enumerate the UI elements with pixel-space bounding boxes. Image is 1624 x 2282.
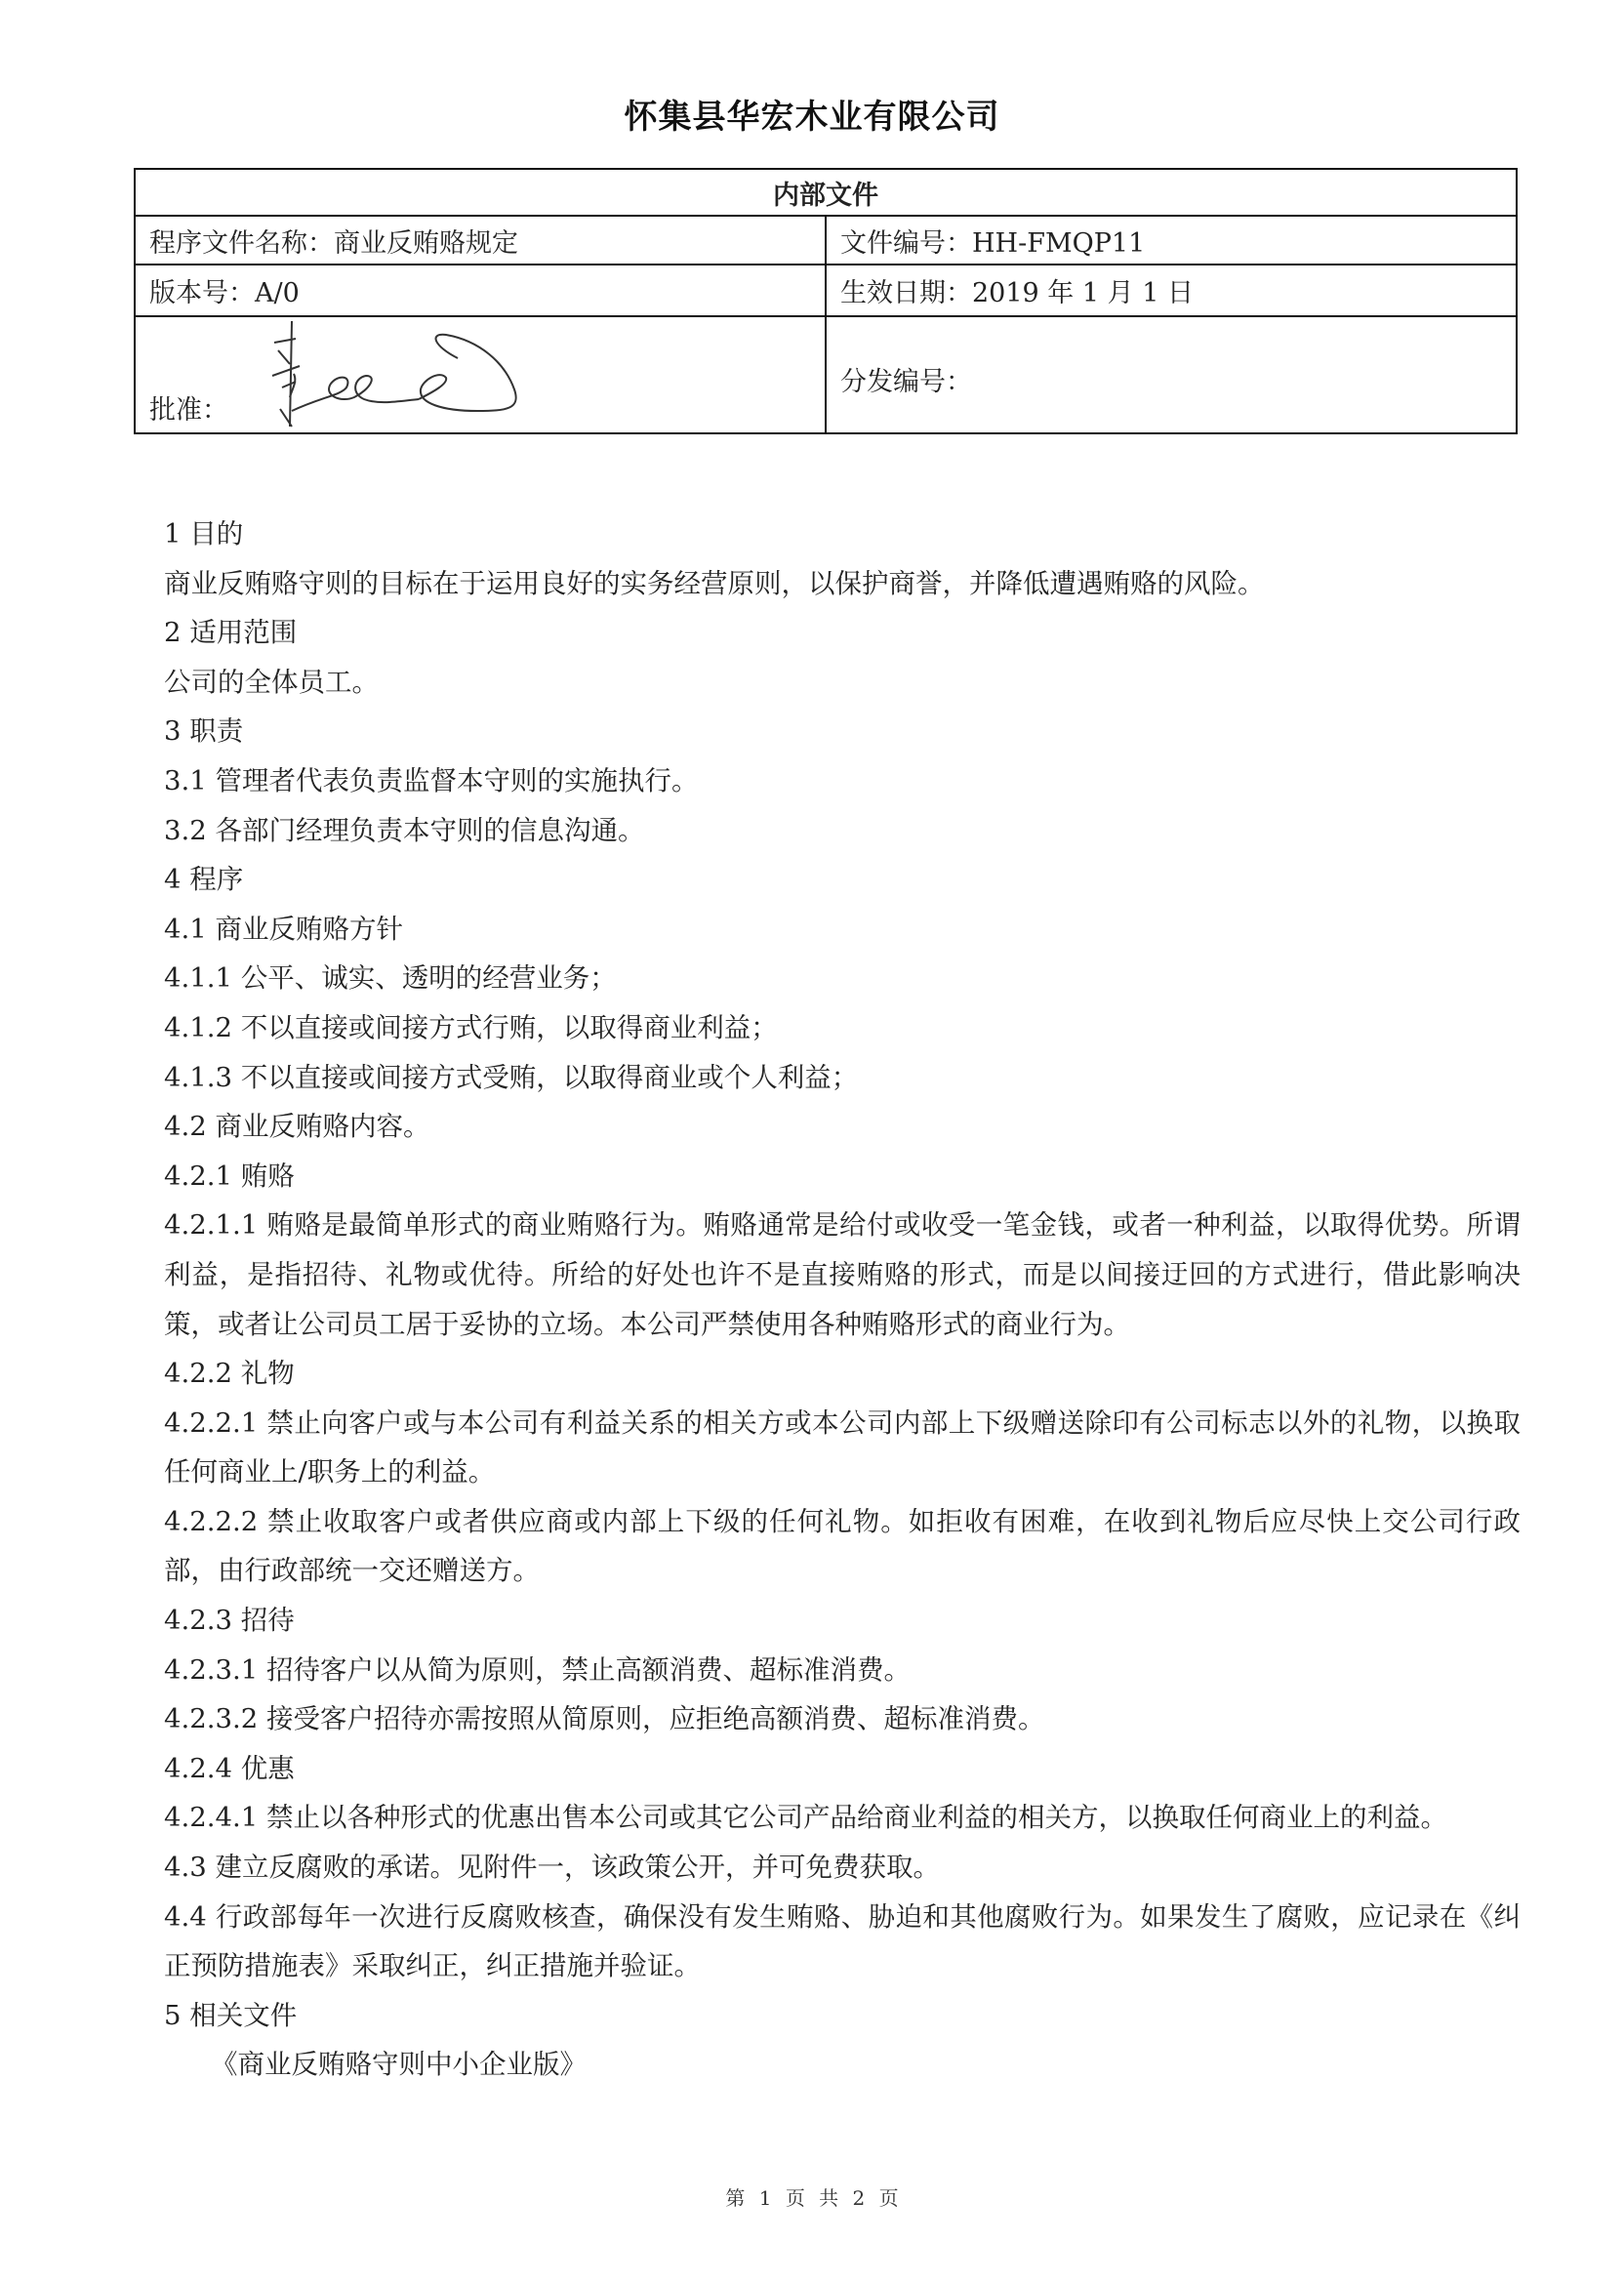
paragraph: 4.2.2.1 禁止向客户或与本公司有利益关系的相关方或本公司内部上下级赠送除印…	[164, 1399, 1521, 1497]
procedure-name: 程序文件名称：商业反贿赂规定	[135, 216, 826, 265]
paragraph: 4.1.2 不以直接或间接方式行贿，以取得商业利益；	[164, 1003, 1521, 1053]
subsection-heading: 4.2.1 贿赂	[164, 1152, 1521, 1202]
paragraph: 公司的全体员工。	[164, 658, 1521, 708]
internal-document-title: 内部文件	[135, 169, 1517, 216]
section-heading-purpose: 1 目的	[164, 509, 1521, 559]
page-indicator: 第 1 页 共 2 页	[0, 2182, 1624, 2211]
section-heading-procedure: 4 程序	[164, 855, 1521, 905]
distribution-number: 分发编号：	[840, 352, 1502, 398]
paragraph: 3.2 各部门经理负责本守则的信息沟通。	[164, 806, 1521, 856]
paragraph: 4.1.1 公平、诚实、透明的经营业务；	[164, 954, 1521, 1003]
version-number: 版本号：A/0	[135, 265, 826, 316]
subsection-heading: 4.2.3 招待	[164, 1596, 1521, 1646]
approval-label: 批准：	[149, 388, 228, 427]
company-title: 怀集县华宏木业有限公司	[0, 90, 1624, 138]
effective-date: 生效日期：2019 年 1 月 1 日	[826, 265, 1517, 316]
paragraph: 4.1.3 不以直接或间接方式受贿，以取得商业或个人利益；	[164, 1053, 1521, 1103]
paragraph: 4.2.4.1 禁止以各种形式的优惠出售本公司或其它公司产品给商业利益的相关方，…	[164, 1793, 1521, 1843]
paragraph: 4.2.3.1 招待客户以从简为原则，禁止高额消费、超标准消费。	[164, 1646, 1521, 1695]
approval-cell: 批准：	[135, 316, 826, 433]
paragraph: 4.2.2.2 禁止收取客户或者供应商或内部上下级的任何礼物。如拒收有困难，在收…	[164, 1497, 1521, 1596]
document-body: 1 目的 商业反贿赂守则的目标在于运用良好的实务经营原则，以保护商誉，并降低遭遇…	[164, 509, 1521, 2090]
document-number: 文件编号：HH-FMQP11	[826, 216, 1517, 265]
paragraph: 商业反贿赂守则的目标在于运用良好的实务经营原则，以保护商誉，并降低遭遇贿赂的风险…	[164, 559, 1521, 609]
signature-icon	[253, 319, 585, 428]
paragraph: 3.1 管理者代表负责监督本守则的实施执行。	[164, 756, 1521, 806]
distribution-cell: 分发编号：	[826, 316, 1517, 433]
section-heading-scope: 2 适用范围	[164, 608, 1521, 658]
subsection-heading: 4.2.2 礼物	[164, 1349, 1521, 1399]
related-document-item: 《商业反贿赂守则中小企业版》	[164, 2040, 1521, 2090]
paragraph: 4.2.3.2 接受客户招待亦需按照从简原则，应拒绝高额消费、超标准消费。	[164, 1694, 1521, 1744]
paragraph: 4.3 建立反腐败的承诺。见附件一，该政策公开，并可免费获取。	[164, 1843, 1521, 1893]
section-heading-related-documents: 5 相关文件	[164, 1991, 1521, 2041]
subsection-heading: 4.2.4 优惠	[164, 1744, 1521, 1794]
paragraph: 4.4 行政部每年一次进行反腐败核查，确保没有发生贿赂、胁迫和其他腐败行为。如果…	[164, 1893, 1521, 1991]
paragraph: 4.2.1.1 贿赂是最简单形式的商业贿赂行为。贿赂通常是给付或收受一笔金钱，或…	[164, 1201, 1521, 1349]
document-header-table: 内部文件 程序文件名称：商业反贿赂规定 文件编号：HH-FMQP11 版本号：A…	[134, 168, 1518, 434]
section-heading-responsibilities: 3 职责	[164, 707, 1521, 756]
subsection-heading: 4.1 商业反贿赂方针	[164, 905, 1521, 955]
subsection-heading: 4.2 商业反贿赂内容。	[164, 1102, 1521, 1152]
